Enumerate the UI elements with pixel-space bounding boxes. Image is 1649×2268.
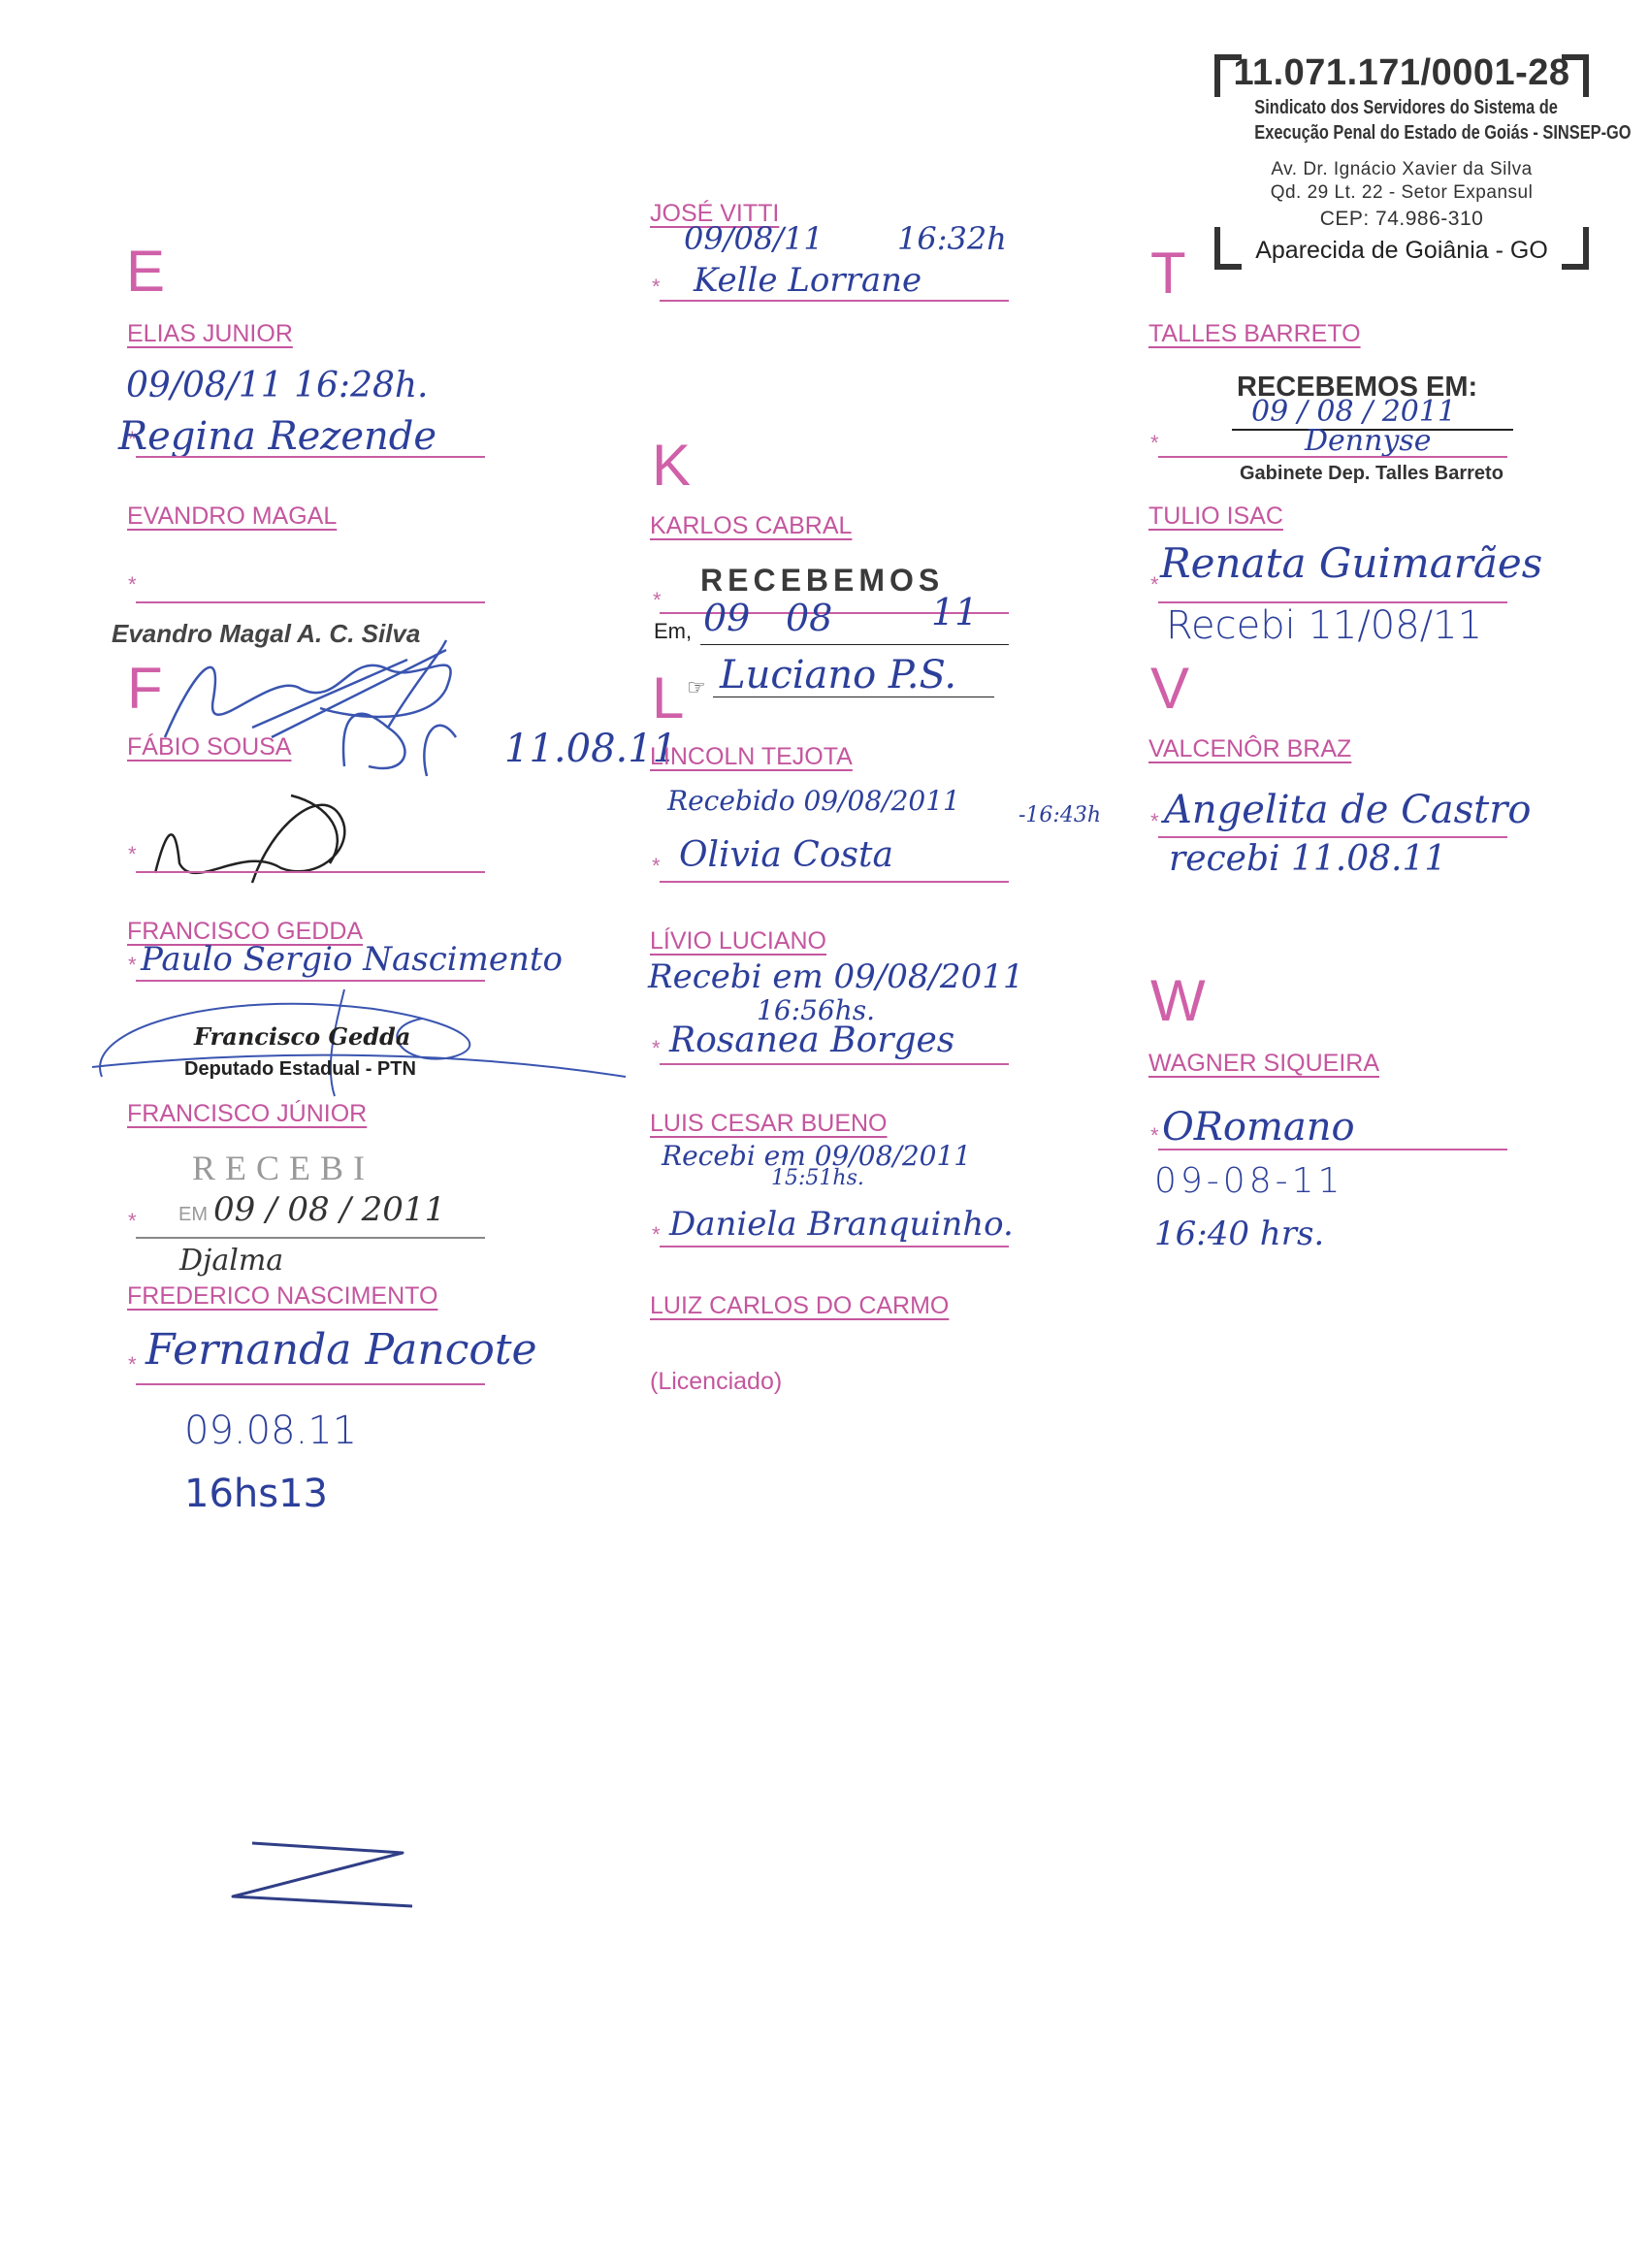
handwritten-time: -16:43h <box>1018 805 1101 826</box>
handwritten-signature: Rosanea Borges <box>669 1023 954 1058</box>
required-marker: * <box>652 1224 661 1246</box>
pointing-hand-icon: ☞ <box>687 675 706 700</box>
deputy-name-lincoln-tejota: LINCOLN TEJOTA <box>650 745 853 769</box>
required-marker: * <box>128 1211 137 1232</box>
deputy-name-wagner-siqueira: WAGNER SIQUEIRA <box>1148 1052 1379 1076</box>
required-marker: * <box>128 1354 137 1376</box>
handwritten-signature: Renata Guimarães <box>1160 543 1542 584</box>
handwritten-signature: ORomano <box>1162 1108 1355 1147</box>
deputy-name-elias-junior: ELIAS JUNIOR <box>127 322 293 346</box>
handwritten-date: 09-08-11 <box>1154 1164 1343 1199</box>
signature-line <box>1158 456 1507 458</box>
required-marker: * <box>652 856 661 877</box>
union-address-line2: Qd. 29 Lt. 22 - Setor Expansul <box>1212 182 1591 204</box>
handwritten-signature: Kelle Lorrane <box>694 264 921 297</box>
handwritten-time: 16:40 hrs. <box>1154 1217 1324 1250</box>
handwritten-signature: Dennyse <box>1305 427 1432 456</box>
signature-line <box>136 871 485 873</box>
signature-line <box>136 456 485 458</box>
stamp-recebemos: RECEBEMOS <box>700 565 944 596</box>
deputy-name-frederico-nascimento: FREDERICO NASCIMENTO <box>127 1284 437 1309</box>
handwritten-date: Recebido 09/08/2011 <box>667 788 960 815</box>
signature-line <box>136 1237 485 1239</box>
required-marker: * <box>1150 433 1159 454</box>
deputy-name-fabio-sousa: FÁBIO SOUSA <box>127 735 291 760</box>
handwritten-date: 09 / 08 / 2011 <box>213 1193 445 1226</box>
required-marker: * <box>652 276 661 298</box>
deputy-name-evandro-magal: EVANDRO MAGAL <box>127 504 337 529</box>
stamp-date-prefix: EM <box>178 1205 208 1224</box>
required-marker: * <box>1150 811 1159 832</box>
stamp-em-label: Em, <box>654 621 692 642</box>
deputy-name-francisco-junior: FRANCISCO JÚNIOR <box>127 1102 367 1126</box>
deputy-name-luis-cesar-bueno: LUIS CESAR BUENO <box>650 1112 888 1136</box>
deputy-name-luiz-carlos-do-carmo: LUIZ CARLOS DO CARMO <box>650 1294 949 1318</box>
deputy-name-talles-barreto: TALLES BARRETO <box>1148 322 1361 346</box>
signature-line <box>1158 1149 1507 1150</box>
signature-line <box>136 1383 485 1385</box>
z-scribble-mark <box>223 1824 417 1911</box>
status-licenciado: (Licenciado) <box>650 1368 782 1396</box>
handwritten-date: Recebi em 09/08/2011 <box>648 960 1023 993</box>
handwritten-signature: Fernanda Pancote <box>145 1329 537 1372</box>
union-name-line2: Execução Penal do Estado de Goiás - SINS… <box>1254 122 1548 145</box>
handwritten-time: 15:51hs. <box>771 1168 864 1189</box>
union-cep: CEP: 74.986-310 <box>1212 208 1591 231</box>
union-city: Aparecida de Goiânia - GO <box>1212 237 1591 265</box>
handwritten-date: 09/08/11 <box>684 223 824 254</box>
handwritten-signature: Luciano P.S. <box>720 656 956 695</box>
handwritten-date: Recebi 11/08/11 <box>1166 606 1482 645</box>
handwritten-date: 09 / 08 / 2011 <box>1251 398 1456 427</box>
required-marker: * <box>1150 1125 1159 1147</box>
deputy-name-valcenor-braz: VALCENÔR BRAZ <box>1148 737 1351 761</box>
section-letter-k: K <box>652 437 691 495</box>
required-marker: * <box>128 844 137 865</box>
signature-line <box>1158 836 1507 838</box>
handwritten-month: 08 <box>786 599 832 636</box>
section-letter-l: L <box>652 669 684 728</box>
union-stamp: 11.071.171/0001-28 Sindicato dos Servido… <box>1212 49 1591 272</box>
handwritten-signature: Djalma <box>179 1247 283 1276</box>
required-marker: * <box>653 590 662 611</box>
union-cnpj: 11.071.171/0001-28 <box>1212 52 1591 94</box>
signature-scribble <box>330 621 466 795</box>
handwritten-signature: Regina Rezende <box>118 417 436 456</box>
required-marker: * <box>128 574 137 596</box>
section-letter-w: W <box>1150 972 1206 1030</box>
date-line <box>700 644 1009 645</box>
section-letter-v: V <box>1150 660 1189 718</box>
stamp-name-francisco-gedda: Francisco Gedda <box>194 1025 410 1049</box>
handwritten-date: 09/08/11 16:28h. <box>126 369 429 404</box>
deputy-name-karlos-cabral: KARLOS CABRAL <box>650 514 852 538</box>
section-letter-t: T <box>1150 244 1186 303</box>
signature-line <box>660 1246 1009 1247</box>
signature-line <box>660 300 1009 302</box>
union-name-line1: Sindicato dos Servidores do Sistema de <box>1254 97 1548 119</box>
required-marker: * <box>652 1038 661 1059</box>
signature-line <box>136 601 485 603</box>
handwritten-signature: Angelita de Castro <box>1164 791 1531 829</box>
stamp-recebi: RECEBI <box>192 1150 374 1185</box>
handwritten-signature: Daniela Branquinho. <box>669 1208 1014 1241</box>
handwritten-signature: Olivia Costa <box>679 838 893 873</box>
signature-scribble <box>136 776 378 902</box>
section-letter-e: E <box>126 243 165 301</box>
handwritten-date: recebi 11.08.11 <box>1169 842 1446 877</box>
deputy-name-tulio-isac: TULIO ISAC <box>1148 504 1283 529</box>
signature-line <box>713 697 994 697</box>
stamp-title: Deputado Estadual - PTN <box>184 1059 416 1079</box>
signature-line <box>660 1063 1009 1065</box>
handwritten-date: 09.08.11 <box>184 1411 357 1450</box>
handwritten-year: 11 <box>931 594 978 631</box>
required-marker: * <box>1150 574 1159 596</box>
handwritten-time: 16hs13 <box>184 1474 328 1513</box>
signature-line <box>660 881 1009 883</box>
union-address-line1: Av. Dr. Ignácio Xavier da Silva <box>1212 159 1591 180</box>
stamp-footer: Gabinete Dep. Talles Barreto <box>1240 464 1503 483</box>
deputy-name-livio-luciano: LÍVIO LUCIANO <box>650 929 826 954</box>
handwritten-day: 09 <box>703 599 750 636</box>
handwritten-time: 16:32h <box>897 223 1007 254</box>
